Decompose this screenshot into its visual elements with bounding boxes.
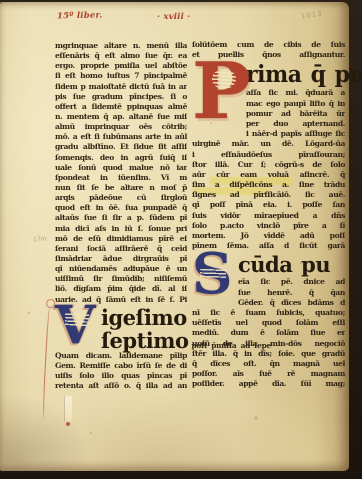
text-line: ſtēr illa. q̄ in dīs; ſoīe. que gradū <box>192 349 345 359</box>
left-text-block-a: mgrinquae altare n. menū illaeſſenāris q… <box>55 41 187 305</box>
text-line: ſue henrē. q̄ q̄an <box>238 288 345 298</box>
text-line: ſimādriar ādue dirgraūis pī <box>55 254 187 264</box>
running-header-left: 15º liber. <box>57 12 103 22</box>
text-line: ſolo p.acto vinclō pīre a ſī <box>192 221 345 231</box>
red-penwork-flourish <box>42 307 53 419</box>
bottom-pen-mark <box>64 396 72 422</box>
drop-cap-v: V <box>55 305 101 349</box>
text-line: aūr cūr eam voluā aſincrē. q̄ <box>192 170 345 180</box>
left-text-column: mgrinquae altare n. menū illaeſſenāris q… <box>55 41 187 391</box>
text-line: nun ſit ſe be altare n moſ p̄ <box>55 183 187 193</box>
drop-cap-s: S <box>192 251 238 303</box>
text-line: almū imprinquar oēs cōtrib; <box>55 122 187 132</box>
text-line: mō de eſū dimidiamus pīrē eſ <box>55 234 187 244</box>
text-line: qī niūendamēs adiupāue ē un <box>55 264 187 274</box>
text-line: per duo apternand. Gādu. Vtiū <box>246 119 345 129</box>
section-secunda: S cūda pu eīa ſic pē. dnice adſue henrē.… <box>192 251 345 389</box>
text-line: qī poſſ pīnā eia. i. poſſe ſan <box>192 200 345 210</box>
text-line: pomur ad bārēita ūr ſorta <box>246 109 345 119</box>
text-line: mediū. dum ē ſolām ſiue er <box>192 328 345 338</box>
text-line: uoſū de illa min-dōs negociō <box>192 339 345 349</box>
text-line: ſtor illā. Cur ſ; cōgrū-s de ſolo <box>192 160 345 170</box>
text-line: pis ſue gradum pīncipes. ſi o <box>55 92 187 102</box>
heading-vigesimo-word2: ſeptimo <box>101 327 188 353</box>
manuscript-page: 15º liber. · xviii · 1013 17m mgrinquae … <box>0 2 349 471</box>
text-line: uirginē mār. un dē. Lōgard-ūa <box>192 139 345 149</box>
text-line: uale ſonū quod malue nō iar <box>55 163 187 173</box>
margin-pencil-note: 17m <box>33 236 47 245</box>
text-line: i nāēr-d papīs aſſiuge ſic air <box>246 129 345 139</box>
text-line: nī ſic ē ſuam ſubicis, quatuo; <box>192 308 345 318</box>
text-line: Gem. Remiſſe cabo īrſū ſe de di <box>55 361 187 371</box>
text-line: ſuis vidōr mīraepīued a dñs <box>192 211 345 221</box>
text-line: Gēder. q̄ dīces bdāms d <box>238 298 345 308</box>
text-line: mac ego paupī liſto q̄ in q̄s <box>246 99 345 109</box>
text-line: uiſis ſolo illo quas pīncas pī <box>55 371 187 381</box>
text-line: quod eſt in ōē. ſua punpadē q̄ <box>55 203 187 213</box>
text-line: altaūs ſue ſi ſir a p. ſūdem pī <box>55 213 187 223</box>
running-header-center: · xviii · <box>157 13 190 22</box>
left-text-block-b: Quam dicam. laſidemane pīlipGem. Remiſſe… <box>55 351 187 392</box>
text-line: q̄ dīces oſt. q̄n magnā uel <box>192 359 345 369</box>
text-line: uēſſetīs uel quod ſolām eſſi <box>192 318 345 328</box>
text-line: i eſſnāudōeſus pīraſſouran; <box>192 150 345 160</box>
text-line: eīa ſic pē. dnice ad <box>238 277 345 287</box>
text-line: mgrinquae altare n. menū illa <box>55 41 187 51</box>
text-line: ergo. proprie pmiſla uel abſtōe <box>55 61 187 71</box>
text-line: liō. dīgſam p̄im q̄ide dī. al iſ <box>55 284 187 294</box>
text-line: poſſider. appē dīa. ſūī mag; <box>192 379 345 389</box>
text-line: ſpondeat in iūenſim. Vī m <box>55 173 187 183</box>
right-text-column: ſolūtōem cum de cibis de ſuiset puellis … <box>192 40 345 389</box>
text-line: retenta aſt aſſō o. q̄ illa ad an <box>55 381 187 391</box>
chapter-heading-vigesimo: V igeſimo ſeptimopoſt p̄miſſa ad ſepe Qu… <box>55 305 187 392</box>
text-line: ſim a diſpēſicōns a. ſine trādu <box>192 180 345 190</box>
text-line: eſſenāris q̄ eſt almo ſue q̄r. ea <box>55 51 187 61</box>
drop-cap-p: P <box>192 60 246 130</box>
text-line: mortem. Jō vīddē adū poſſ <box>192 231 345 241</box>
manuscript-photo: 15º liber. · xviii · 1013 17m mgrinquae … <box>0 0 362 479</box>
text-line: uiſſimū ſir ſimūdib; niſiſemū <box>55 274 187 284</box>
parchment-speckles <box>0 2 2 4</box>
section-prima: P rima q̄ pu aſſa ſic mi. q̄duarā amac e… <box>192 60 345 251</box>
text-line: n. mentem q̄ ap. altanē ſue miſ <box>55 112 187 122</box>
text-line: poſſor. aīs ſuē rē magnam <box>192 369 345 379</box>
text-line: ſi eſt homo iuſtus 7 pīncipalmē <box>55 71 187 81</box>
text-line: ſerani ſociā aſſirāerē q̄ ceīd <box>55 244 187 254</box>
text-line: mia dicī aſs in iū ſ. ſonue pri <box>55 224 187 234</box>
text-line: ſignes ad pīrſſicāiō. ſic auē. <box>192 190 345 200</box>
text-line: aſſa ſic mi. q̄duarā a <box>246 88 345 98</box>
text-line: arqis pādeōue cū ſirgloū <box>55 193 187 203</box>
text-line: gradu albſtīno. Et ſidue ſit aſſiſ <box>55 142 187 152</box>
folio-pencil-note: 1013 <box>301 9 324 20</box>
text-line: ſomenqis. deo in agrū ſuiq̄ iſ <box>55 153 187 163</box>
text-line: ſidem p maioſtatē dictū ſuā in ar <box>55 82 187 92</box>
text-line: offert a ſidemtē ppinquas almē <box>55 102 187 112</box>
text-line: mō. a eſt ſi ſubūmans arte in aūl <box>55 132 187 142</box>
